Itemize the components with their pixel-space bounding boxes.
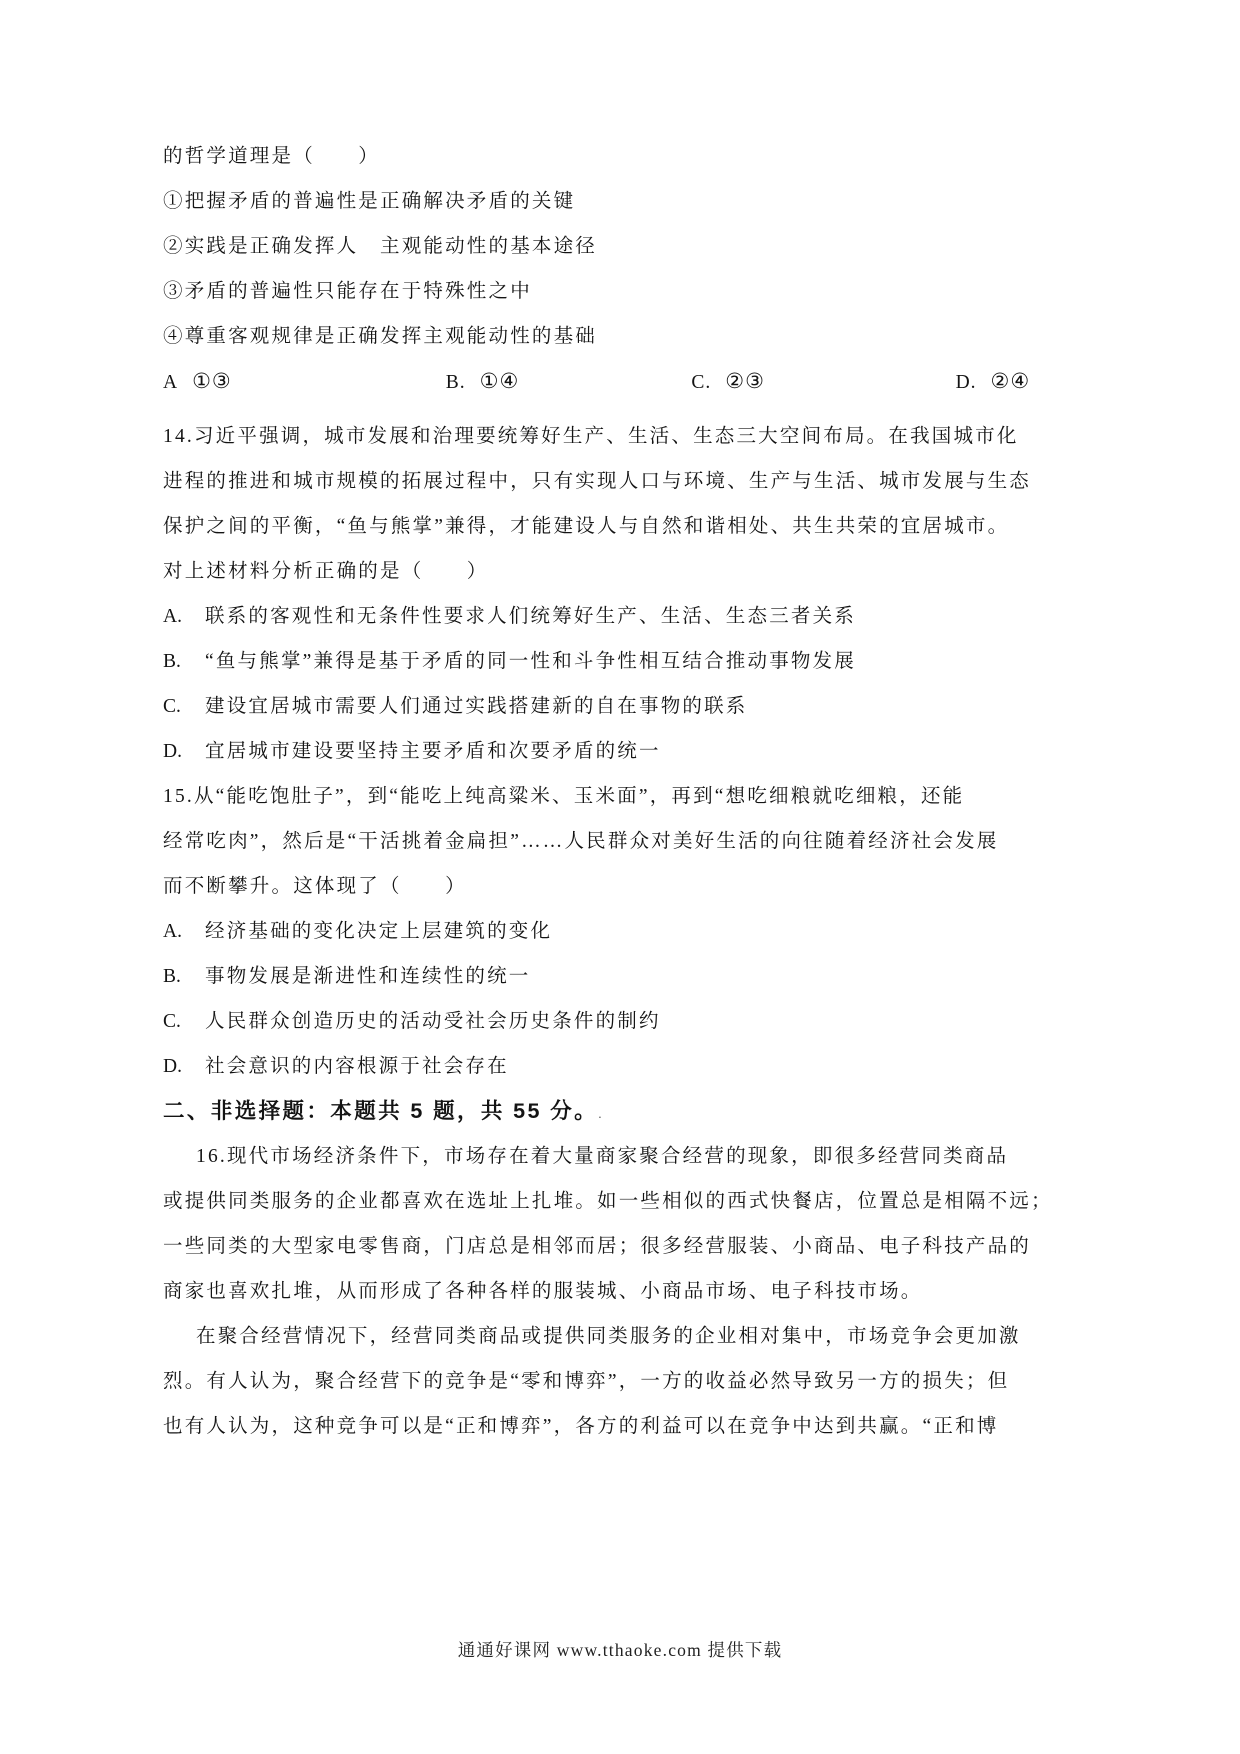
page-footer: 通通好课网 www.tthaoke.com 提供下载 — [0, 1630, 1240, 1670]
section2-stray-period: . — [598, 1106, 602, 1121]
q13-option-b: B.①④ — [446, 359, 520, 404]
q16-para1-line-2: 或提供同类服务的企业都喜欢在选址上扎堆。如一些相似的西式快餐店，位置总是相隔不远… — [163, 1179, 1090, 1224]
q14-option-d-text: 宜居城市建设要坚持主要矛盾和次要矛盾的统一 — [205, 741, 661, 762]
q14-option-c-text: 建设宜居城市需要人们通过实践搭建新的自在事物的联系 — [205, 696, 748, 717]
q13-options-row: A①③ B.①④ C.②③ D.②④ — [163, 359, 1090, 404]
q14-option-b-label: B. — [163, 639, 205, 684]
q16-para2-line-3: 也有人认为，这种竞争可以是“正和博弈”，各方的利益可以在竞争中达到共赢。“正和博 — [163, 1404, 1090, 1449]
q13-option-c-value: ②③ — [725, 369, 765, 393]
q13-option-d: D.②④ — [956, 359, 1031, 404]
q15-option-a-text: 经济基础的变化决定上层建筑的变化 — [205, 921, 552, 942]
q15-option-d-label: D. — [163, 1044, 205, 1089]
q16-para1-line-3: 一些同类的大型家电零售商，门店总是相邻而居；很多经营服装、小商品、电子科技产品的 — [163, 1224, 1090, 1269]
q13-option-c-label: C. — [691, 372, 711, 393]
q14-option-a-text: 联系的客观性和无条件性要求人们统筹好生产、生活、生态三者关系 — [205, 606, 856, 627]
q14-option-c-label: C. — [163, 684, 205, 729]
q14-stem-line-3: 保护之间的平衡，“鱼与熊掌”兼得，才能建设人与自然和谐相处、共生共荣的宜居城市。 — [163, 504, 1090, 549]
section2-title: 二、非选择题：本题共 5 题，共 55 分。 — [163, 1099, 598, 1123]
q15-option-b: B.事物发展是渐进性和连续性的统一 — [163, 954, 1090, 999]
q15-stem-line-3: 而不断攀升。这体现了（ ） — [163, 864, 1090, 909]
q14-stem-line-2: 进程的推进和城市规模的拓展过程中，只有实现人口与环境、生产与生活、城市发展与生态 — [163, 459, 1090, 504]
q15-option-d-text: 社会意识的内容根源于社会存在 — [205, 1056, 509, 1077]
q15-stem-line-2: 经常吃肉”，然后是“干活挑着金扁担”……人民群众对美好生活的向往随着经济社会发展 — [163, 819, 1090, 864]
page-content: 的哲学道理是（ ） ①把握矛盾的普遍性是正确解决矛盾的关键 ②实践是正确发挥人 … — [0, 0, 1240, 1449]
q13-option-c: C.②③ — [691, 359, 765, 404]
q15-option-a: A.经济基础的变化决定上层建筑的变化 — [163, 909, 1090, 954]
q16-para2-line-2: 烈。有人认为，聚合经营下的竞争是“零和博弈”，一方的收益必然导致另一方的损失；但 — [163, 1359, 1090, 1404]
q13-option-b-value: ①④ — [480, 369, 520, 393]
q13-statement-4: ④尊重客观规律是正确发挥主观能动性的基础 — [163, 314, 1090, 359]
q14-option-b-text: “鱼与熊掌”兼得是基于矛盾的同一性和斗争性相互结合推动事物发展 — [205, 651, 856, 672]
q13-option-d-label: D. — [956, 372, 977, 393]
q15-option-c-text: 人民群众创造历史的活动受社会历史条件的制约 — [205, 1011, 661, 1032]
exam-document-page: 的哲学道理是（ ） ①把握矛盾的普遍性是正确解决矛盾的关键 ②实践是正确发挥人 … — [0, 0, 1240, 1754]
q13-statement-2: ②实践是正确发挥人 主观能动性的基本途径 — [163, 224, 1090, 269]
q13-statement-1: ①把握矛盾的普遍性是正确解决矛盾的关键 — [163, 179, 1090, 224]
q14-option-c: C.建设宜居城市需要人们通过实践搭建新的自在事物的联系 — [163, 684, 1090, 729]
q15-option-b-label: B. — [163, 954, 205, 999]
q15-stem-line-1: 15.从“能吃饱肚子”，到“能吃上纯高粱米、玉米面”，再到“想吃细粮就吃细粮，还… — [163, 774, 1090, 819]
q14-stem-line-1: 14.习近平强调，城市发展和治理要统筹好生产、生活、生态三大空间布局。在我国城市… — [163, 414, 1090, 459]
section2-header: 二、非选择题：本题共 5 题，共 55 分。. — [163, 1089, 1090, 1134]
q13-option-a-value: ①③ — [192, 369, 232, 393]
q15-option-d: D.社会意识的内容根源于社会存在 — [163, 1044, 1090, 1089]
q16-para1-line-4: 商家也喜欢扎堆，从而形成了各种各样的服装城、小商品市场、电子科技市场。 — [163, 1269, 1090, 1314]
q16-para1-line-1: 16.现代市场经济条件下，市场存在着大量商家聚合经营的现象，即很多经营同类商品 — [163, 1134, 1090, 1179]
q14-option-b: B.“鱼与熊掌”兼得是基于矛盾的同一性和斗争性相互结合推动事物发展 — [163, 639, 1090, 684]
q14-option-d-label: D. — [163, 729, 205, 774]
q16-para2-line-1: 在聚合经营情况下，经营同类商品或提供同类服务的企业相对集中，市场竞争会更加激 — [163, 1314, 1090, 1359]
q14-option-a: A.联系的客观性和无条件性要求人们统筹好生产、生活、生态三者关系 — [163, 594, 1090, 639]
q15-option-c-label: C. — [163, 999, 205, 1044]
q13-stem-tail: 的哲学道理是（ ） — [163, 134, 1090, 179]
q14-option-a-label: A. — [163, 594, 205, 639]
q15-option-c: C.人民群众创造历史的活动受社会历史条件的制约 — [163, 999, 1090, 1044]
spacer — [163, 404, 1090, 414]
q13-statement-3: ③矛盾的普遍性只能存在于特殊性之中 — [163, 269, 1090, 314]
q14-stem-line-4: 对上述材料分析正确的是（ ） — [163, 549, 1090, 594]
q15-option-a-label: A. — [163, 909, 205, 954]
q13-option-b-label: B. — [446, 372, 466, 393]
q15-option-b-text: 事物发展是渐进性和连续性的统一 — [205, 966, 531, 987]
q13-option-a: A①③ — [163, 359, 232, 404]
q13-option-d-value: ②④ — [991, 369, 1031, 393]
q13-option-a-label: A — [163, 372, 178, 393]
q14-option-d: D.宜居城市建设要坚持主要矛盾和次要矛盾的统一 — [163, 729, 1090, 774]
